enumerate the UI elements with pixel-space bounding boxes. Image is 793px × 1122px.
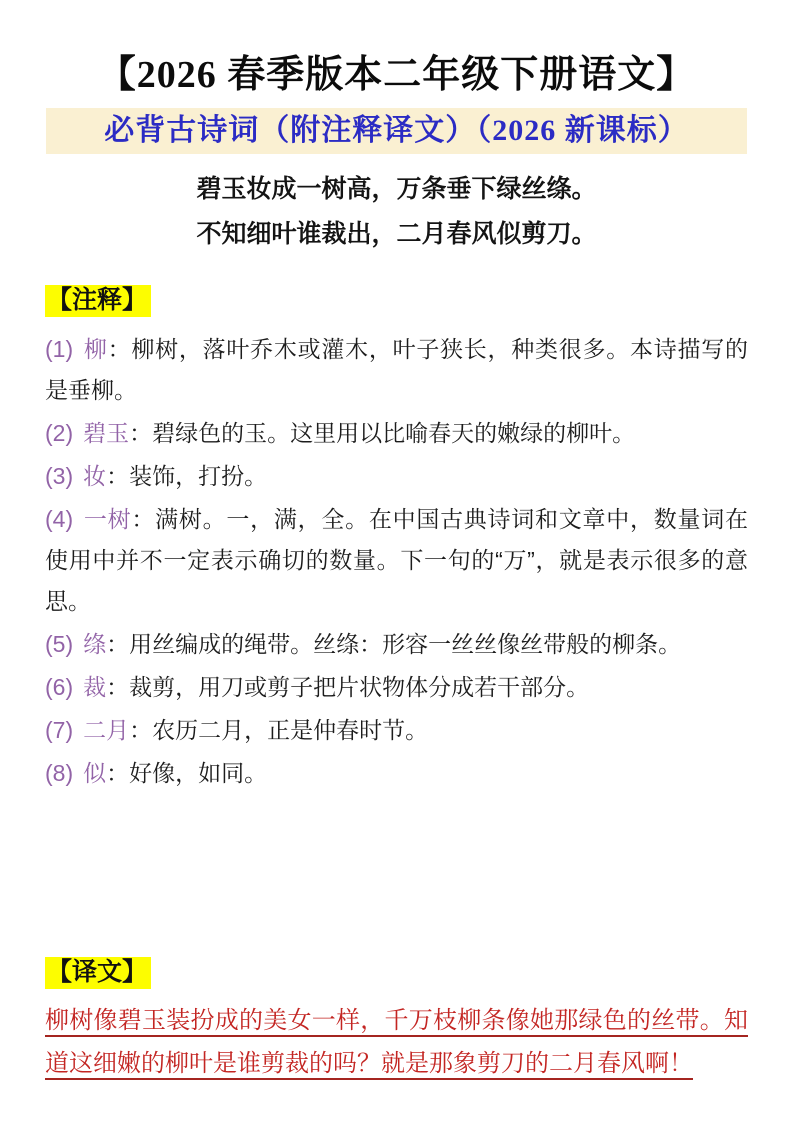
worksheet-page: 【2026 春季版本二年级下册语文】 必背古诗词（附注释译文）（2026 新课标… [0,0,793,1122]
poem-line-2: 不知细叶谁裁出，二月春风似剪刀。 [0,212,793,257]
note-number: (8) [45,760,73,786]
note-item: (1)柳：柳树，落叶乔木或灌木，叶子狭长，种类很多。本诗描写的是垂柳。 [45,329,748,411]
note-term: 柳 [83,336,108,362]
note-item: (2)碧玉：碧绿色的玉。这里用以比喻春天的嫩绿的柳叶。 [45,413,748,454]
note-text: ：裁剪，用刀或剪子把片状物体分成若干部分。 [106,674,589,700]
notes-section: 【注释】 [45,285,748,317]
note-item: (8)似：好像，如同。 [45,753,748,794]
page-subtitle: 必背古诗词（附注释译文）（2026 新课标） [104,114,689,147]
note-text: ：碧绿色的玉。这里用以比喻春天的嫩绿的柳叶。 [129,420,635,446]
note-text: ：柳树，落叶乔木或灌木，叶子狭长，种类很多。本诗描写的是垂柳。 [45,336,748,403]
page-title: 【2026 春季版本二年级下册语文】 [20,50,773,100]
poem: 碧玉妆成一树高，万条垂下绿丝绦。 不知细叶谁裁出，二月春风似剪刀。 [0,167,793,257]
note-number: (7) [45,717,73,743]
note-number: (2) [45,420,73,446]
note-text: ：用丝编成的绳带。丝绦：形容一丝丝像丝带般的柳条。 [106,631,681,657]
content-area: 【注释】 (1)柳：柳树，落叶乔木或灌木，叶子狭长，种类很多。本诗描写的是垂柳。… [45,285,748,1085]
note-term: 裁 [83,674,106,700]
note-number: (4) [45,506,73,532]
note-number: (3) [45,463,73,489]
notes-heading: 【注释】 [45,285,151,317]
translation-section: 【译文】 [45,957,748,989]
poem-line-1: 碧玉妆成一树高，万条垂下绿丝绦。 [0,167,793,212]
translation-text: 柳树像碧玉装扮成的美女一样，千万枝柳条像她那绿色的丝带。知道这细嫩的柳叶是谁剪裁… [45,999,748,1085]
note-term: 绦 [83,631,106,657]
subtitle-band: 必背古诗词（附注释译文）（2026 新课标） [46,108,747,154]
note-item: (3)妆：装饰，打扮。 [45,456,748,497]
note-text: ：装饰，打扮。 [106,463,267,489]
note-number: (6) [45,674,73,700]
note-term: 似 [83,760,106,786]
note-item: (6)裁：裁剪，用刀或剪子把片状物体分成若干部分。 [45,667,748,708]
note-term: 二月 [83,717,129,743]
note-term: 一树 [83,506,131,532]
note-term: 碧玉 [83,420,129,446]
note-number: (1) [45,336,73,362]
note-text: ：好像，如同。 [106,760,267,786]
note-text: ：农历二月，正是仲春时节。 [129,717,428,743]
note-item: (4)一树：满树。一，满，全。在中国古典诗词和文章中，数量词在使用中并不一定表示… [45,499,748,622]
note-term: 妆 [83,463,106,489]
note-item: (5)绦：用丝编成的绳带。丝绦：形容一丝丝像丝带般的柳条。 [45,624,748,665]
note-number: (5) [45,631,73,657]
note-text: ：满树。一，满，全。在中国古典诗词和文章中，数量词在使用中并不一定表示确切的数量… [45,506,748,614]
note-item: (7)二月：农历二月，正是仲春时节。 [45,710,748,751]
translation-heading: 【译文】 [45,957,151,989]
notes-list: (1)柳：柳树，落叶乔木或灌木，叶子狭长，种类很多。本诗描写的是垂柳。 (2)碧… [45,329,748,794]
